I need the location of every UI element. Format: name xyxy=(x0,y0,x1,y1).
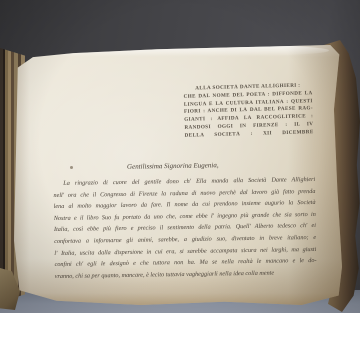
photograph: ALLA SOCIETÀ DANTE ALLIGHIERI : CHE DAL … xyxy=(0,0,360,313)
page-stain-speck xyxy=(70,166,73,169)
book-listing-photo: ALLA SOCIETÀ DANTE ALLIGHIERI : CHE DAL … xyxy=(0,0,360,360)
letter-salutation: Gentilissima Signorina Eugenia, xyxy=(127,161,219,171)
page-top-curl-highlight xyxy=(19,45,328,56)
photo-white-margin xyxy=(0,313,360,360)
letter-body: La ringrazio di cuore del gentile dono c… xyxy=(53,174,317,282)
dedication-block: ALLA SOCIETÀ DANTE ALLIGHIERI : CHE DAL … xyxy=(183,82,313,140)
